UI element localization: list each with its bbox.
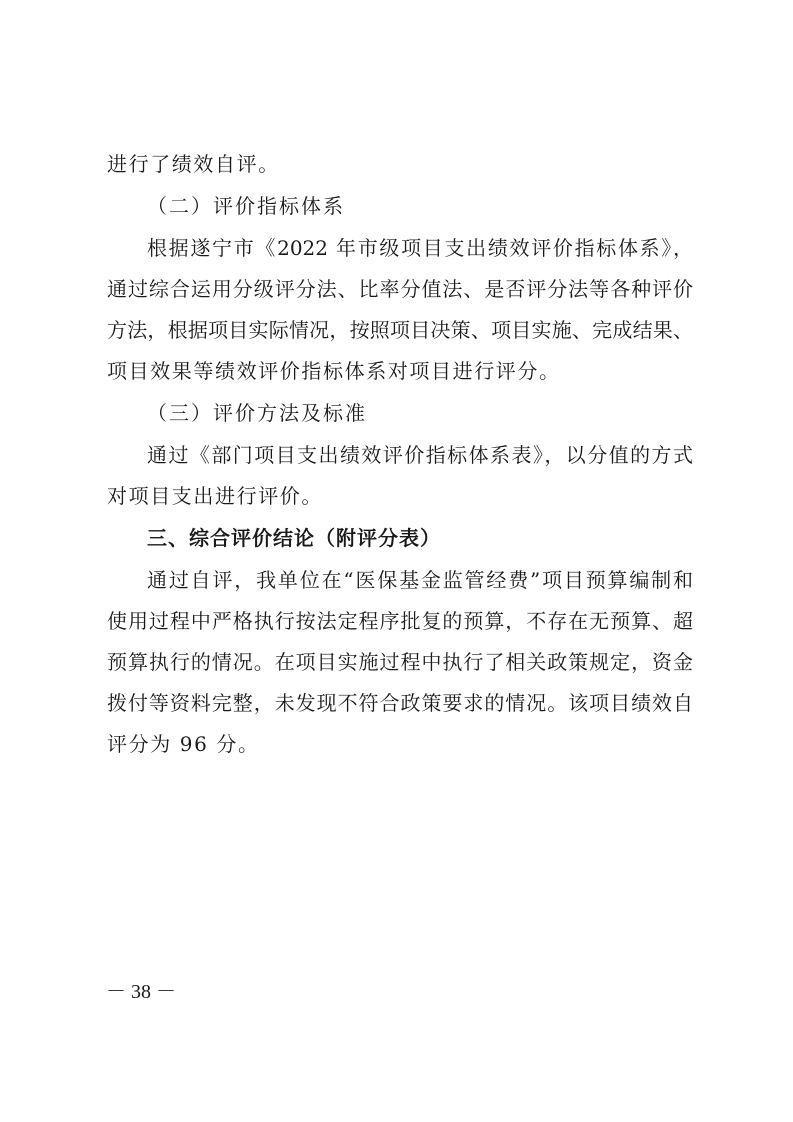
paragraph-line: 通过自评，我单位在“医保基金监管经费”项目预算编制和 xyxy=(147,568,693,592)
paragraph-line-score: 评分为 96 分。 xyxy=(107,732,260,756)
subheading-evaluation-method: （三）评价方法及标准 xyxy=(147,401,367,425)
paragraph-line: 项目效果等绩效评价指标体系对项目进行评分。 xyxy=(107,359,561,383)
paragraph-line: 根据遂宁市《2022 年市级项目支出绩效评价指标体系》， xyxy=(147,236,693,260)
page-number: － 38 － xyxy=(106,980,176,1004)
paragraph-line-continuation: 进行了绩效自评。 xyxy=(107,152,280,176)
paragraph-line: 拨付等资料完整，未发现不符合政策要求的情况。该项目绩效自 xyxy=(107,691,693,715)
subheading-evaluation-index-system: （二）评价指标体系 xyxy=(147,194,345,218)
paragraph-line: 使用过程中严格执行按法定程序批复的预算，不存在无预算、超 xyxy=(107,609,693,633)
paragraph-line: 通过综合运用分级评分法、比率分值法、是否评分法等各种评价 xyxy=(107,277,693,301)
document-page: 进行了绩效自评。 （二）评价指标体系 根据遂宁市《2022 年市级项目支出绩效评… xyxy=(0,0,793,1122)
paragraph-line: 对项目支出进行评价。 xyxy=(107,484,323,508)
section-heading-conclusion: 三、综合评价结论（附评分表） xyxy=(147,526,441,550)
paragraph-line: 通过《部门项目支出绩效评价指标体系表》，以分值的方式 xyxy=(147,443,693,467)
paragraph-line: 方法，根据项目实际情况，按照项目决策、项目实施、完成结果、 xyxy=(107,318,693,342)
paragraph-line: 预算执行的情况。在项目实施过程中执行了相关政策规定，资金 xyxy=(107,650,693,674)
